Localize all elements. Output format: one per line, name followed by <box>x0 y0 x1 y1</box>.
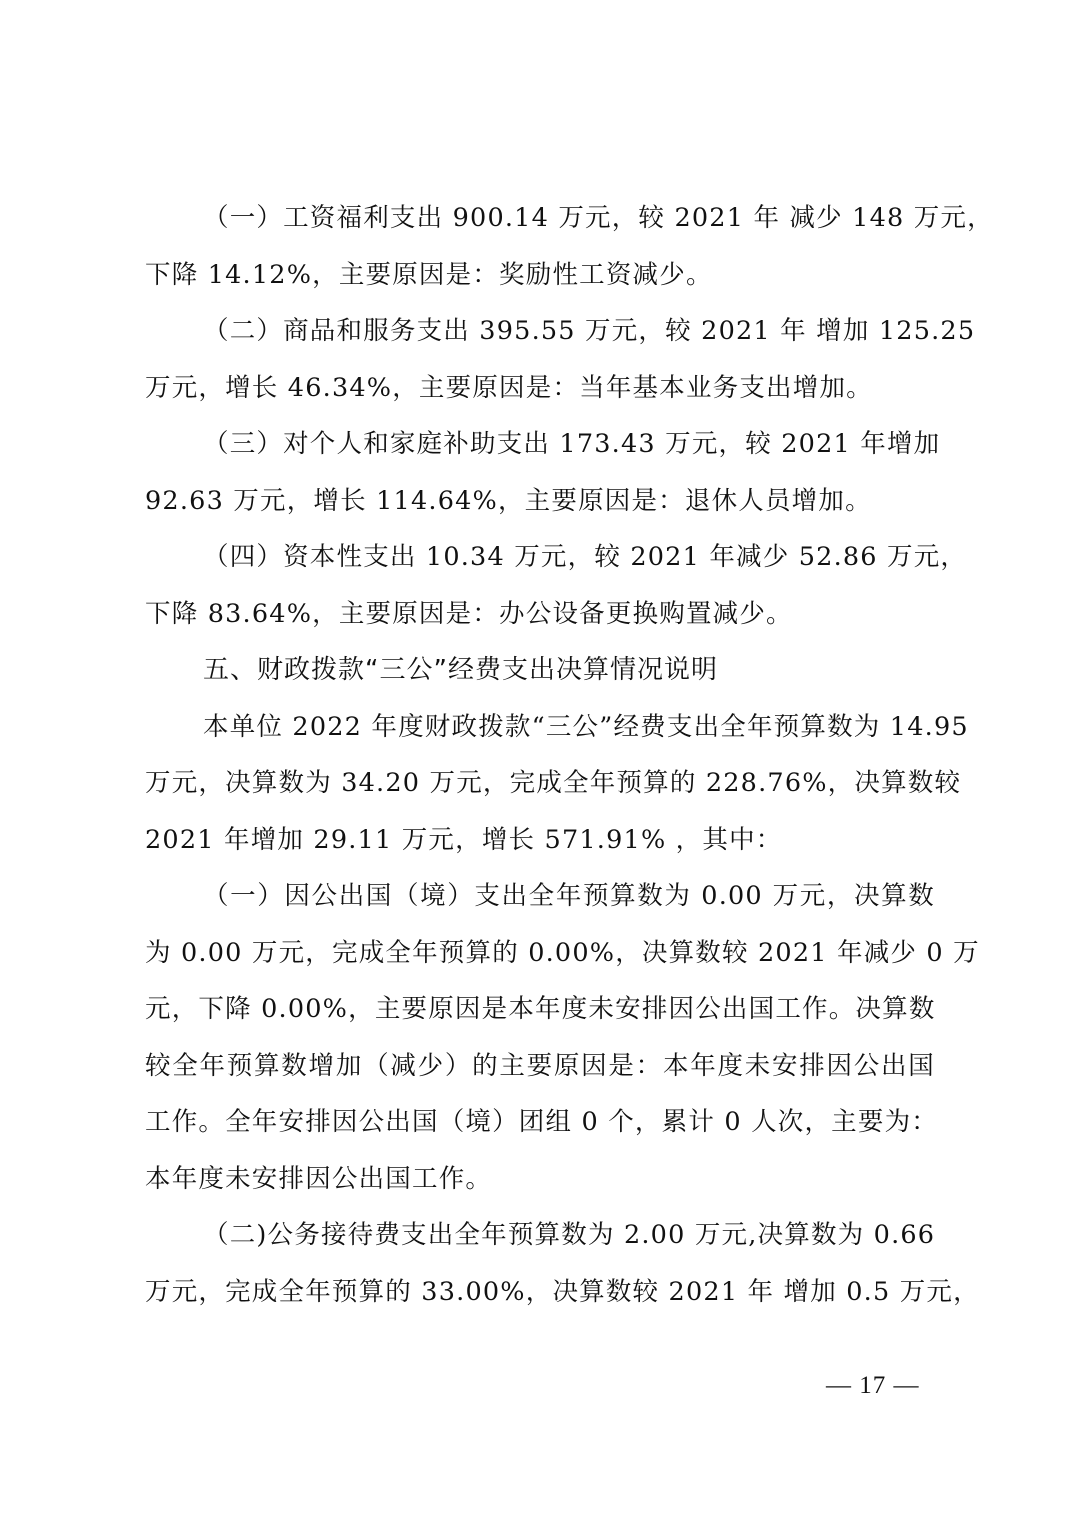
text-line: 本单位 2022 年度财政拨款“三公”经费支出全年预算数为 14.95 <box>145 705 935 762</box>
text-line: 92.63 万元，增长 114.64%，主要原因是：退休人员增加。 <box>145 479 935 536</box>
text-line: 2021 年增加 29.11 万元，增长 571.91% ，其中： <box>145 818 935 875</box>
text-line: 工作。全年安排因公出国（境）团组 0 个，累计 0 人次，主要为： <box>145 1100 935 1157</box>
paragraph-official-reception: （二)公务接待费支出全年预算数为 2.00 万元,决算数为 0.66 万元，完成… <box>145 1213 935 1326</box>
text-line: （三）对个人和家庭补助支出 173.43 万元，较 2021 年增加 <box>145 422 935 479</box>
text-line: （二）商品和服务支出 395.55 万元，较 2021 年 增加 125.25 <box>145 309 935 366</box>
document-body: （一）工资福利支出 900.14 万元，较 2021 年 减少 148 万元， … <box>145 196 935 1326</box>
text-line: （一）工资福利支出 900.14 万元，较 2021 年 减少 148 万元， <box>145 196 935 253</box>
text-line: 较全年预算数增加（减少）的主要原因是：本年度未安排因公出国 <box>145 1044 935 1101</box>
paragraph-wage-benefits: （一）工资福利支出 900.14 万元，较 2021 年 减少 148 万元， … <box>145 196 935 309</box>
section-heading: 五、财政拨款“三公”经费支出决算情况说明 <box>145 648 935 705</box>
paragraph-household-subsidy: （三）对个人和家庭补助支出 173.43 万元，较 2021 年增加 92.63… <box>145 422 935 535</box>
page-number: — 17 — <box>826 1372 920 1400</box>
text-line: 下降 83.64%，主要原因是：办公设备更换购置减少。 <box>145 592 935 649</box>
text-line: （四）资本性支出 10.34 万元，较 2021 年减少 52.86 万元， <box>145 535 935 592</box>
text-line: 元，下降 0.00%，主要原因是本年度未安排因公出国工作。决算数 <box>145 987 935 1044</box>
paragraph-overseas-travel: （一）因公出国（境）支出全年预算数为 0.00 万元，决算数 为 0.00 万元… <box>145 874 935 1213</box>
paragraph-goods-services: （二）商品和服务支出 395.55 万元，较 2021 年 增加 125.25 … <box>145 309 935 422</box>
text-line: （一）因公出国（境）支出全年预算数为 0.00 万元，决算数 <box>145 874 935 931</box>
text-line: 万元，决算数为 34.20 万元，完成全年预算的 228.76%，决算数较 <box>145 761 935 818</box>
text-line: 为 0.00 万元，完成全年预算的 0.00%，决算数较 2021 年减少 0 … <box>145 931 935 988</box>
paragraph-three-public-overview: 本单位 2022 年度财政拨款“三公”经费支出全年预算数为 14.95 万元，决… <box>145 705 935 875</box>
text-line: 本年度未安排因公出国工作。 <box>145 1157 935 1214</box>
paragraph-capital-expenditure: （四）资本性支出 10.34 万元，较 2021 年减少 52.86 万元， 下… <box>145 535 935 648</box>
text-line: 下降 14.12%，主要原因是：奖励性工资减少。 <box>145 253 935 310</box>
text-line: 万元，增长 46.34%，主要原因是：当年基本业务支出增加。 <box>145 366 935 423</box>
text-line: 万元，完成全年预算的 33.00%，决算数较 2021 年 增加 0.5 万元， <box>145 1270 935 1327</box>
text-line: （二)公务接待费支出全年预算数为 2.00 万元,决算数为 0.66 <box>145 1213 935 1270</box>
